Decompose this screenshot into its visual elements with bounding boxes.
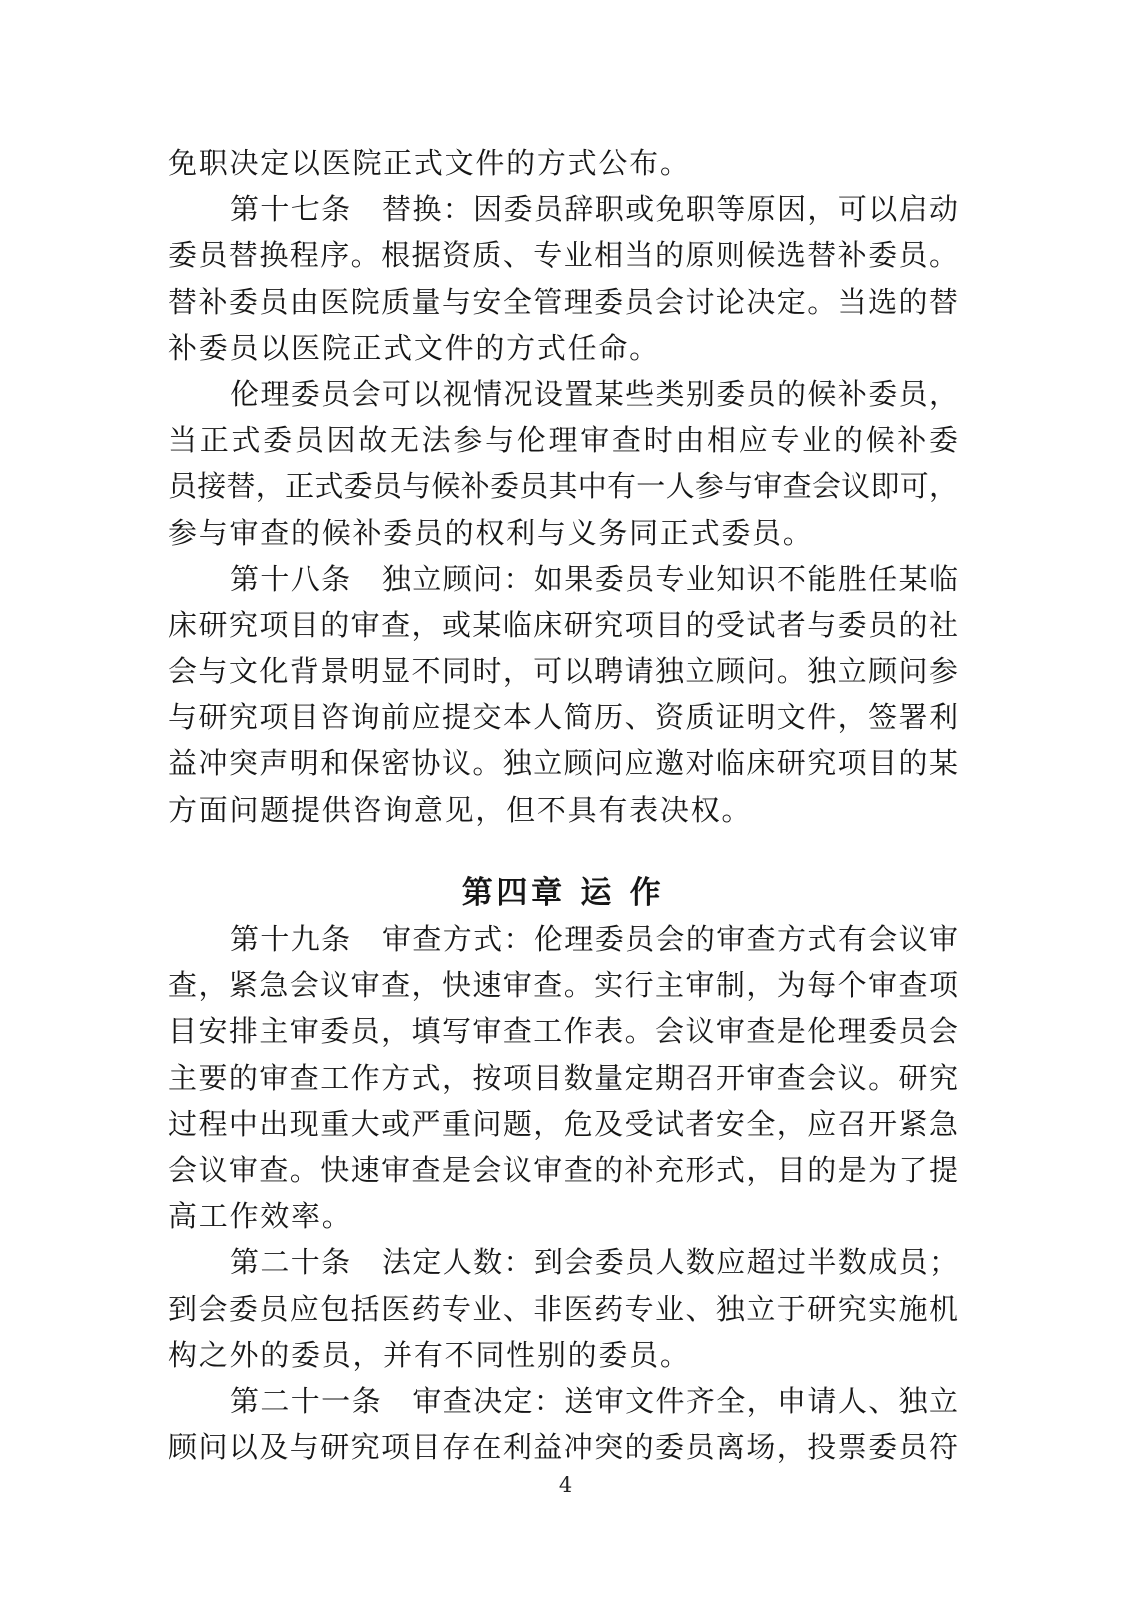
body-line: 床研究项目的审查，或某临床研究项目的受试者与委员的社 [168, 602, 958, 648]
body-line: 过程中出现重大或严重问题，危及受试者安全，应召开紧急 [168, 1101, 958, 1147]
body-line: 第二十一条 审查决定：送审文件齐全，申请人、独立 [168, 1378, 958, 1424]
body-line: 高工作效率。 [168, 1193, 958, 1239]
body-line: 免职决定以医院正式文件的方式公布。 [168, 140, 958, 186]
body-line: 参与审查的候补委员的权利与义务同正式委员。 [168, 510, 958, 556]
body-line: 构之外的委员，并有不同性别的委员。 [168, 1332, 958, 1378]
document-page: 免职决定以医院正式文件的方式公布。 第十七条 替换：因委员辞职或免职等原因，可以… [0, 0, 1131, 1600]
body-line: 会与文化背景明显不同时，可以聘请独立顾问。独立顾问参 [168, 648, 958, 694]
body-line: 与研究项目咨询前应提交本人简历、资质证明文件，签署利 [168, 694, 958, 740]
document-body: 免职决定以医院正式文件的方式公布。 第十七条 替换：因委员辞职或免职等原因，可以… [168, 140, 958, 1470]
body-line: 委员替换程序。根据资质、专业相当的原则候选替补委员。 [168, 232, 958, 278]
body-line: 替补委员由医院质量与安全管理委员会讨论决定。当选的替 [168, 279, 958, 325]
body-line: 第十九条 审查方式：伦理委员会的审查方式有会议审 [168, 916, 958, 962]
body-line: 当正式委员因故无法参与伦理审查时由相应专业的候补委 [168, 417, 958, 463]
body-line: 第二十条 法定人数：到会委员人数应超过半数成员； [168, 1239, 958, 1285]
page-number: 4 [0, 1470, 1131, 1500]
body-line: 第十八条 独立顾问：如果委员专业知识不能胜任某临 [168, 556, 958, 602]
body-line: 员接替，正式委员与候补委员其中有一人参与审查会议即可， [168, 463, 958, 509]
chapter-heading: 第四章 运 作 [168, 870, 958, 916]
body-line: 补委员以医院正式文件的方式任命。 [168, 325, 958, 371]
body-line: 伦理委员会可以视情况设置某些类别委员的候补委员， [168, 371, 958, 417]
body-line: 主要的审查工作方式，按项目数量定期召开审查会议。研究 [168, 1055, 958, 1101]
body-line: 目安排主审委员，填写审查工作表。会议审查是伦理委员会 [168, 1008, 958, 1054]
body-line: 方面问题提供咨询意见，但不具有表决权。 [168, 787, 958, 833]
body-line: 查，紧急会议审查，快速审查。实行主审制，为每个审查项 [168, 962, 958, 1008]
body-line: 益冲突声明和保密协议。独立顾问应邀对临床研究项目的某 [168, 740, 958, 786]
body-line: 会议审查。快速审查是会议审查的补充形式，目的是为了提 [168, 1147, 958, 1193]
body-line: 顾问以及与研究项目存在利益冲突的委员离场，投票委员符 [168, 1424, 958, 1470]
body-line: 第十七条 替换：因委员辞职或免职等原因，可以启动 [168, 186, 958, 232]
body-line: 到会委员应包括医药专业、非医药专业、独立于研究实施机 [168, 1286, 958, 1332]
